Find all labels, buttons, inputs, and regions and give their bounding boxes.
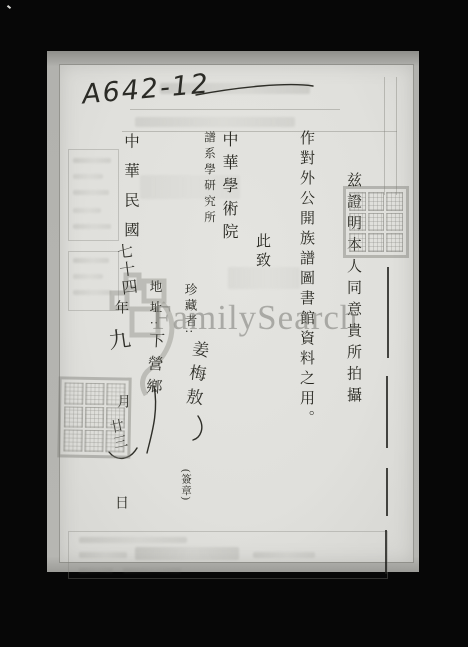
familysearch-watermark-text: FamilySearch xyxy=(152,298,358,338)
microfilm-frame: 兹證明本人同意貴所拍攝 作對外公開族譜圖書館資料之用。 此致 中華學術院 譜系學… xyxy=(0,0,468,647)
collection-seal xyxy=(343,186,409,258)
collection-seal xyxy=(57,376,131,458)
